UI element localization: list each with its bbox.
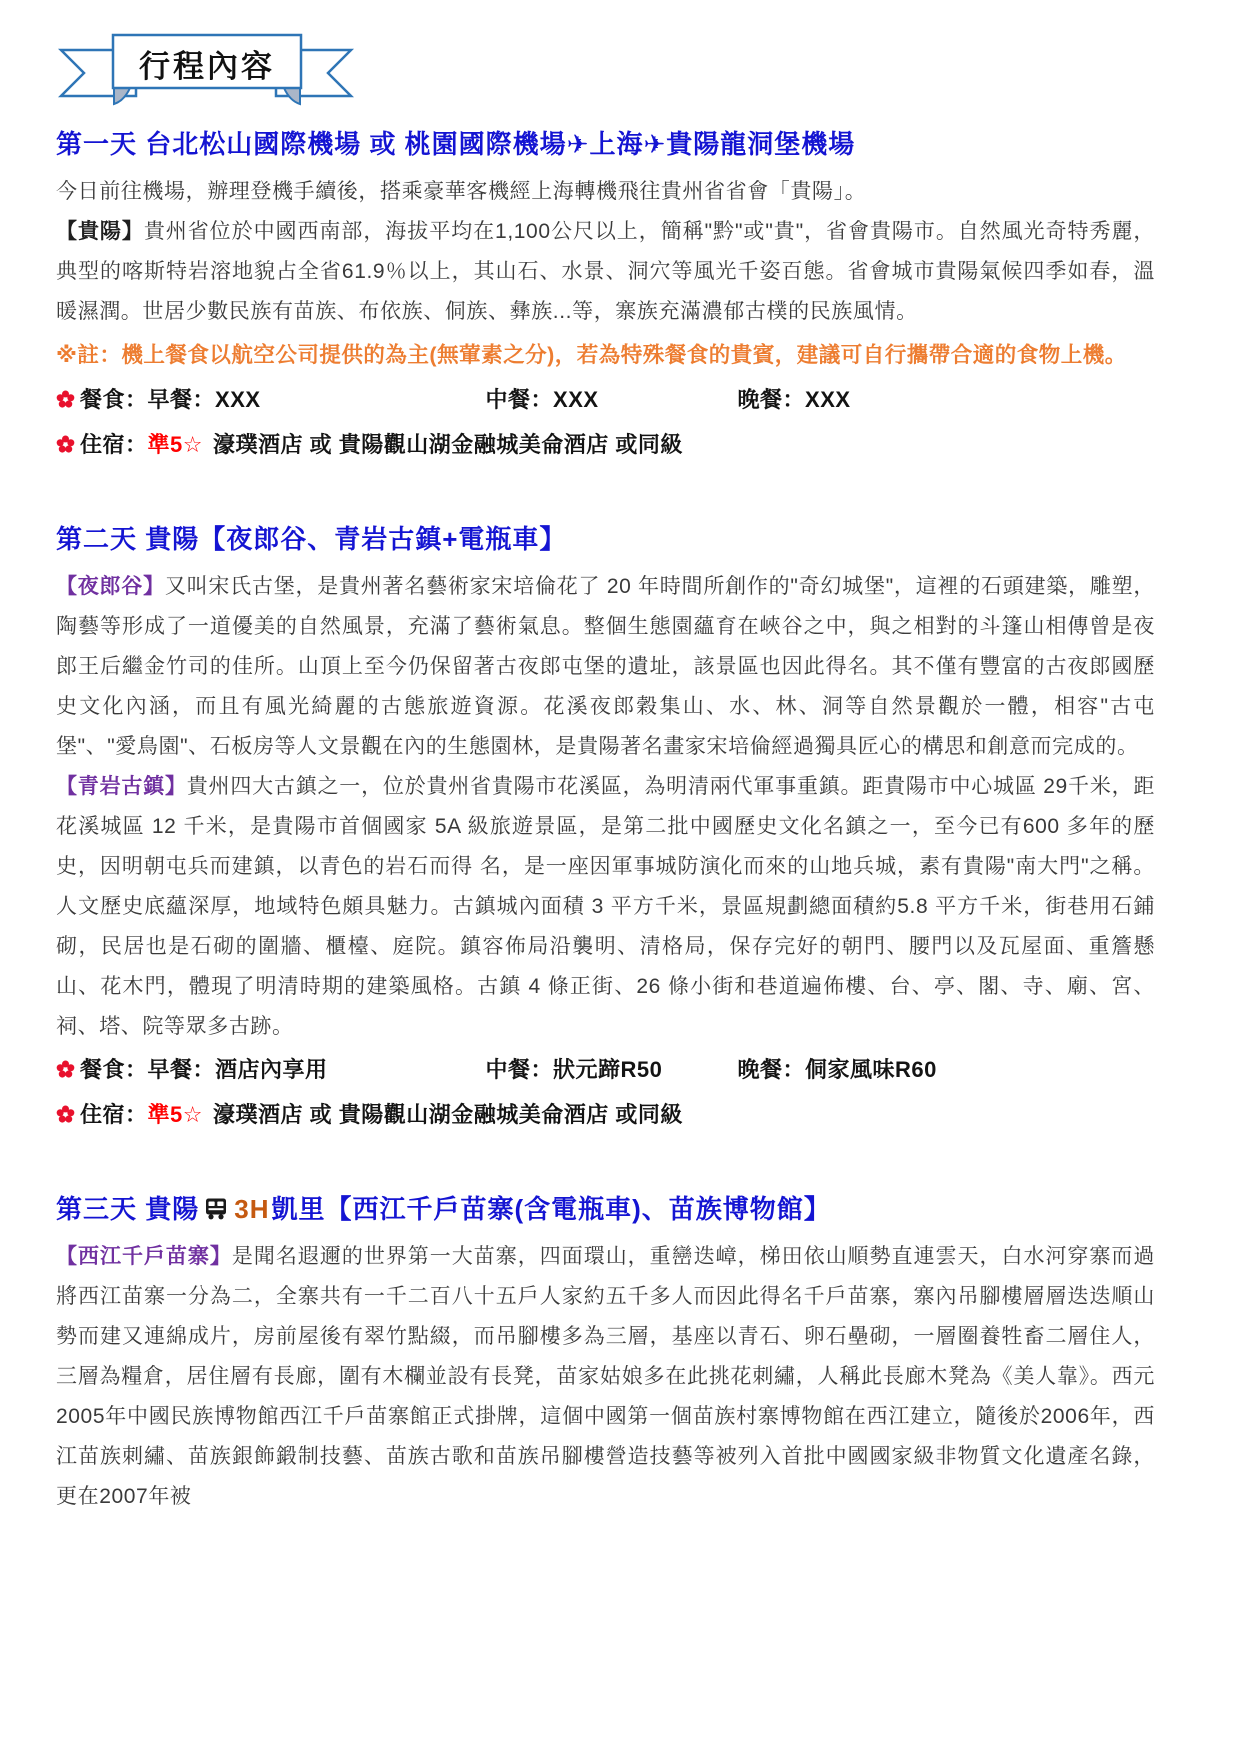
itinerary-page: 行程內容 第一天 台北松山國際機場 或 桃園國際機場✈上海✈貴陽龍洞堡機場 今日… (0, 0, 1241, 1517)
guiyang-label: 【貴陽】 (56, 220, 144, 243)
day2-qingyan-paragraph: 【青岩古鎮】貴州四大古鎮之一，位於貴州省貴陽市花溪區，為明清兩代軍事重鎮。距貴陽… (56, 767, 1155, 1047)
day1-hotel-line: 住宿：準5☆濠璞酒店 或 貴陽觀山湖金融城美侖酒店 或同級 (56, 422, 1155, 467)
hotel-name: 濠璞酒店 或 貴陽觀山湖金融城美侖酒店 或同級 (213, 1102, 683, 1127)
day1-section: 第一天 台北松山國際機場 或 桃園國際機場✈上海✈貴陽龍洞堡機場 今日前往機場，… (56, 122, 1155, 467)
day3-xijiang-paragraph: 【西江千戶苗寨】是聞名遐邇的世界第一大苗寨，四面環山，重巒迭嶂，梯田依山順勢直連… (56, 1237, 1155, 1517)
day2-title: 第二天 貴陽【夜郎谷、青岩古鎮+電瓶車】 (56, 517, 1155, 561)
day2-meals-line: 餐食：早餐：酒店內享用中餐：狀元蹄R50晚餐：侗家風味R60 (56, 1047, 1155, 1092)
xijiang-label: 【西江千戶苗寨】 (56, 1245, 232, 1268)
flower-icon (56, 377, 80, 422)
bus-icon (199, 1187, 232, 1231)
day1-intro: 今日前往機場，辦理登機手續後，搭乘豪華客機經上海轉機飛往貴州省省會「貴陽」。 (56, 172, 1155, 212)
breakfast-value: 早餐：XXX (148, 377, 486, 422)
hotel-label: 住宿： (80, 1102, 148, 1127)
flower-icon (56, 1092, 80, 1137)
meals-label: 餐食： (80, 387, 148, 412)
guiyang-text: 貴州省位於中國西南部，海拔平均在1,100公尺以上，簡稱"黔"或"貴"，省會貴陽… (56, 220, 1155, 323)
qingyan-label: 【青岩古鎮】 (56, 775, 187, 798)
dinner-value: 晚餐：XXX (738, 387, 851, 412)
lunch-value: 中餐：XXX (486, 377, 738, 422)
hotel-label: 住宿： (80, 432, 148, 457)
day3-title: 第三天 貴陽3H凱里【西江千戶苗寨(含電瓶車)、苗族博物館】 (56, 1187, 1155, 1231)
day1-meals-line: 餐食：早餐：XXX中餐：XXX晚餐：XXX (56, 377, 1155, 422)
day3-section: 第三天 貴陽3H凱里【西江千戶苗寨(含電瓶車)、苗族博物館】 【西江千戶苗寨】是… (56, 1187, 1155, 1517)
hotel-name: 濠璞酒店 或 貴陽觀山湖金融城美侖酒店 或同級 (213, 432, 683, 457)
day3-title-post: 凱里【西江千戶苗寨(含電瓶車)、苗族博物館】 (271, 1194, 830, 1224)
yelanggu-text: 又叫宋氏古堡，是貴州著名藝術家宋培倫花了 20 年時間所創作的"奇幻城堡"，這裡… (56, 575, 1155, 758)
hotel-grade: 準5☆ (148, 1102, 203, 1127)
day1-title: 第一天 台北松山國際機場 或 桃園國際機場✈上海✈貴陽龍洞堡機場 (56, 122, 1155, 166)
day1-guiyang-paragraph: 【貴陽】貴州省位於中國西南部，海拔平均在1,100公尺以上，簡稱"黔"或"貴"，… (56, 212, 1155, 332)
dinner-value: 晚餐：侗家風味R60 (738, 1057, 937, 1082)
day2-yelang-paragraph: 【夜郎谷】又叫宋氏古堡，是貴州著名藝術家宋培倫花了 20 年時間所創作的"奇幻城… (56, 567, 1155, 767)
day1-meal-note: ※註：機上餐食以航空公司提供的為主(無葷素之分)，若為特殊餐食的貴賓，建議可自行… (56, 334, 1155, 377)
flower-icon (56, 422, 80, 467)
hotel-grade: 準5☆ (148, 432, 203, 457)
meals-label: 餐食： (80, 1057, 148, 1082)
breakfast-value: 早餐：酒店內享用 (148, 1047, 486, 1092)
day3-title-pre: 第三天 貴陽 (56, 1194, 199, 1224)
day2-hotel-line: 住宿：準5☆濠璞酒店 或 貴陽觀山湖金融城美侖酒店 或同級 (56, 1092, 1155, 1137)
xijiang-text: 是聞名遐邇的世界第一大苗寨，四面環山，重巒迭嶂，梯田依山順勢直連雲天，白水河穿寨… (56, 1245, 1155, 1508)
drive-duration: 3H (234, 1194, 269, 1224)
banner-title: 行程內容 (114, 38, 300, 88)
lunch-value: 中餐：狀元蹄R50 (486, 1047, 738, 1092)
day2-section: 第二天 貴陽【夜郎谷、青岩古鎮+電瓶車】 【夜郎谷】又叫宋氏古堡，是貴州著名藝術… (56, 517, 1155, 1137)
qingyan-text: 貴州四大古鎮之一，位於貴州省貴陽市花溪區，為明清兩代軍事重鎮。距貴陽市中心城區 … (56, 775, 1155, 1038)
itinerary-banner: 行程內容 (56, 26, 356, 114)
yelanggu-label: 【夜郎谷】 (56, 575, 165, 598)
flower-icon (56, 1047, 80, 1092)
